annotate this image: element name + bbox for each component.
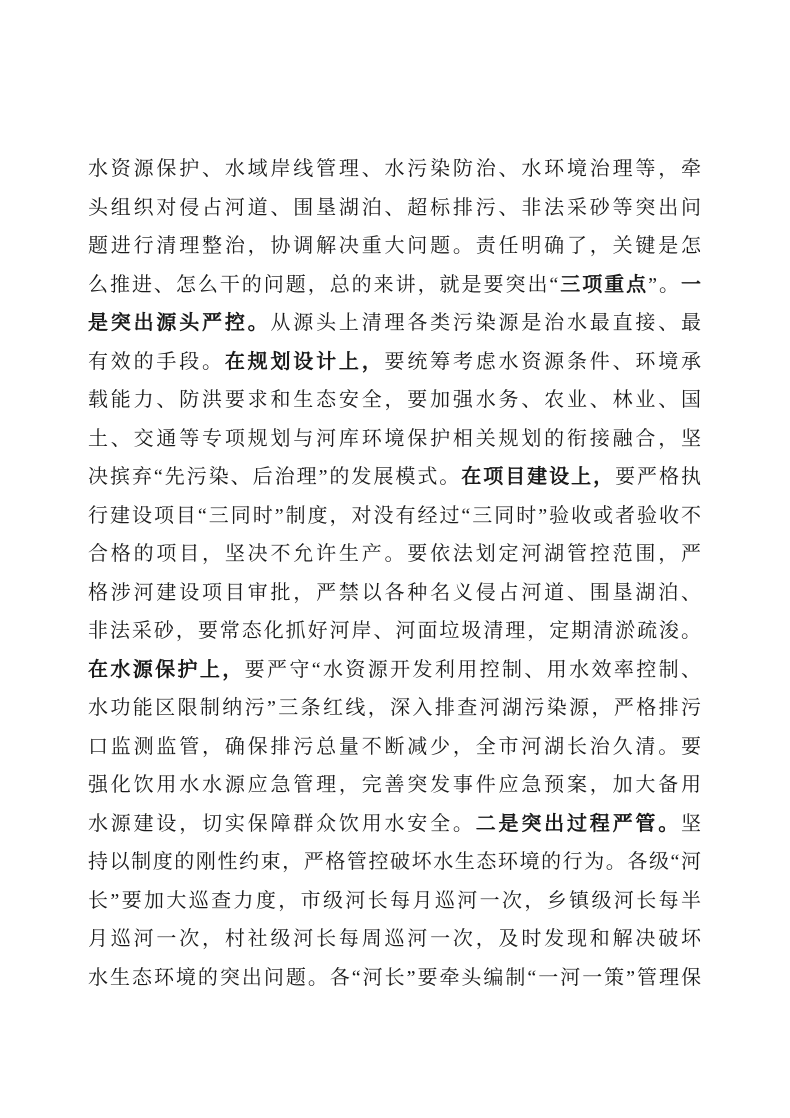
text-line: 行建设项目“三同时”制度，对没有经过“三同时”验收或者验收不 (88, 497, 701, 536)
text-segment: 要统筹考虑水资源条件、环境承 (385, 351, 702, 373)
text-line: 水资源保护、水域岸线管理、水污染防治、水环境治理等，牵 (88, 150, 701, 189)
text-line: 水生态环境的突出问题。各“河长”要牵头编制“一河一策”管理保 (88, 959, 701, 998)
body-text: 水资源保护、水域岸线管理、水污染防治、水环境治理等，牵头组织对侵占河道、围垦湖泊… (88, 150, 701, 997)
text-line: 头组织对侵占河道、围垦湖泊、超标排污、非法采砂等突出问 (88, 189, 701, 228)
text-segment: 题进行清理整治，协调解决重大问题。责任明确了，关键是怎 (88, 235, 701, 257)
text-line: 强化饮用水水源应急管理，完善突发事件应急预案，加大备用 (88, 766, 701, 805)
text-line: 决摈弃“先污染、后治理”的发展模式。在项目建设上，要严格执 (88, 458, 701, 497)
text-segment: 格涉河建设项目审批，严禁以各种名义侵占河道、围垦湖泊、 (88, 582, 701, 604)
text-segment: 二是突出过程严管。 (476, 813, 681, 835)
text-line: 月巡河一次，村社级河长每周巡河一次，及时发现和解决破坏 (88, 920, 701, 959)
text-segment: 一 (681, 274, 701, 296)
text-segment: 行建设项目“三同时”制度，对没有经过“三同时”验收或者验收不 (88, 505, 701, 527)
text-segment: 有效的手段。 (88, 351, 225, 373)
text-line: 水功能区限制纳污”三条红线，深入排查河湖污染源，严格排污 (88, 689, 701, 728)
text-line: 口监测监管，确保排污总量不断减少，全市河湖长治久清。要 (88, 728, 701, 767)
text-line: 非法采砂，要常态化抓好河岸、河面垃圾清理，定期清淤疏浚。 (88, 612, 701, 651)
text-segment: 从源头上清理各类污染源是治水最直接、最 (270, 312, 701, 334)
text-segment: 水资源保护、水域岸线管理、水污染防治、水环境治理等，牵 (88, 158, 701, 180)
text-line: 土、交通等专项规划与河库环境保护相关规划的衔接融合，坚 (88, 420, 701, 459)
text-line: 水源建设，切实保障群众饮用水安全。二是突出过程严管。坚 (88, 805, 701, 844)
text-line: 是突出源头严控。从源头上清理各类污染源是治水最直接、最 (88, 304, 701, 343)
text-segment: 水功能区限制纳污”三条红线，深入排查河湖污染源，严格排污 (88, 697, 701, 719)
text-segment: ”。 (648, 274, 681, 296)
text-segment: 么推进、怎么干的问题，总的来讲，就是要突出“ (88, 274, 558, 296)
text-segment: 载能力、防洪要求和生态安全，要加强水务、农业、林业、国 (88, 389, 701, 411)
text-segment: 要严守“水资源开发利用控制、用水效率控制、 (245, 659, 701, 681)
text-segment: 合格的项目，坚决不允许生产。要依法划定河湖管控范围，严 (88, 543, 701, 565)
text-segment: 长”要加大巡查力度，市级河长每月巡河一次，乡镇级河长每半 (88, 890, 701, 912)
text-segment: 月巡河一次，村社级河长每周巡河一次，及时发现和解决破坏 (88, 928, 701, 950)
text-segment: 在规划设计上， (225, 351, 385, 373)
text-line: 合格的项目，坚决不允许生产。要依法划定河湖管控范围，严 (88, 535, 701, 574)
text-line: 有效的手段。在规划设计上，要统筹考虑水资源条件、环境承 (88, 343, 701, 382)
text-segment: 土、交通等专项规划与河库环境保护相关规划的衔接融合，坚 (88, 428, 701, 450)
text-line: 么推进、怎么干的问题，总的来讲，就是要突出“三项重点”。一 (88, 266, 701, 305)
text-line: 载能力、防洪要求和生态安全，要加强水务、农业、林业、国 (88, 381, 701, 420)
text-line: 题进行清理整治，协调解决重大问题。责任明确了，关键是怎 (88, 227, 701, 266)
text-segment: 是突出源头严控。 (88, 312, 270, 334)
text-segment: 在项目建设上， (461, 466, 615, 488)
text-segment: 口监测监管，确保排污总量不断减少，全市河湖长治久清。要 (88, 736, 701, 758)
text-line: 长”要加大巡查力度，市级河长每月巡河一次，乡镇级河长每半 (88, 882, 701, 921)
text-segment: 在水源保护上， (88, 659, 245, 681)
text-line: 持以制度的刚性约束，严格管控破坏水生态环境的行为。各级“河 (88, 843, 701, 882)
text-segment: 非法采砂，要常态化抓好河岸、河面垃圾清理，定期清淤疏浚。 (88, 620, 701, 642)
text-segment: 持以制度的刚性约束，严格管控破坏水生态环境的行为。各级“河 (88, 851, 701, 873)
text-line: 在水源保护上，要严守“水资源开发利用控制、用水效率控制、 (88, 651, 701, 690)
text-segment: 决摈弃“先污染、后治理”的发展模式。 (88, 466, 461, 488)
text-segment: 水生态环境的突出问题。各“河长”要牵头编制“一河一策”管理保 (88, 967, 701, 989)
text-segment: 头组织对侵占河道、围垦湖泊、超标排污、非法采砂等突出问 (88, 197, 701, 219)
document-page: 水资源保护、水域岸线管理、水污染防治、水环境治理等，牵头组织对侵占河道、围垦湖泊… (0, 0, 790, 1118)
text-segment: 水源建设，切实保障群众饮用水安全。 (88, 813, 476, 835)
text-segment: 要严格执 (615, 466, 701, 488)
text-segment: 强化饮用水水源应急管理，完善突发事件应急预案，加大备用 (88, 774, 701, 796)
text-line: 格涉河建设项目审批，严禁以各种名义侵占河道、围垦湖泊、 (88, 574, 701, 613)
text-segment: 坚 (681, 813, 701, 835)
text-segment: 三项重点 (558, 274, 648, 296)
